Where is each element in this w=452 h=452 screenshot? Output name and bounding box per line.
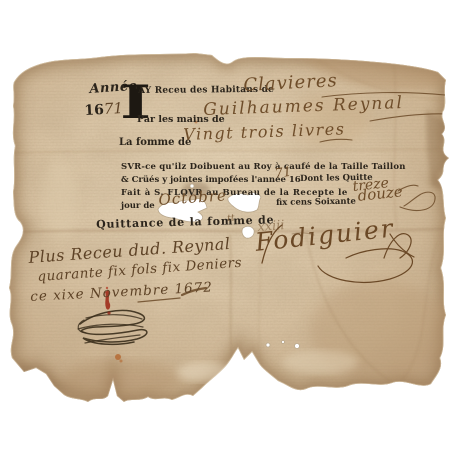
- rust-spot: [120, 360, 123, 363]
- printed-line-somme: La fomme de: [119, 138, 191, 148]
- year-printed-part: 16: [84, 102, 104, 119]
- stain: [60, 360, 180, 400]
- body-line-4a: jour de: [121, 202, 155, 211]
- body-line-4b: fix cens Soixante: [276, 198, 356, 208]
- rust-spot: [115, 354, 121, 360]
- annee-year: 1671: [84, 101, 123, 118]
- handwritten-year-inline: 71: [274, 166, 292, 181]
- document-photo: Année 1671 I 'AY Receu des Habitans de C…: [0, 0, 452, 452]
- worn-light-patch: [282, 350, 358, 374]
- body-line-3: Fait à S. FLOVR au Bureau de la Recepte …: [121, 189, 348, 198]
- handwritten-place-name: Clavieres: [243, 72, 338, 95]
- worn-light-patch: [177, 362, 233, 382]
- worn-light-patch: [42, 160, 78, 240]
- handwritten-livres-symbol: tt: [227, 214, 235, 224]
- body-line-2a: & Crüés y jointes impofées l'année 16: [121, 176, 301, 185]
- body-line-1: SVR-ce qu'ilz Doibuent au Roy à caufé de…: [121, 163, 406, 172]
